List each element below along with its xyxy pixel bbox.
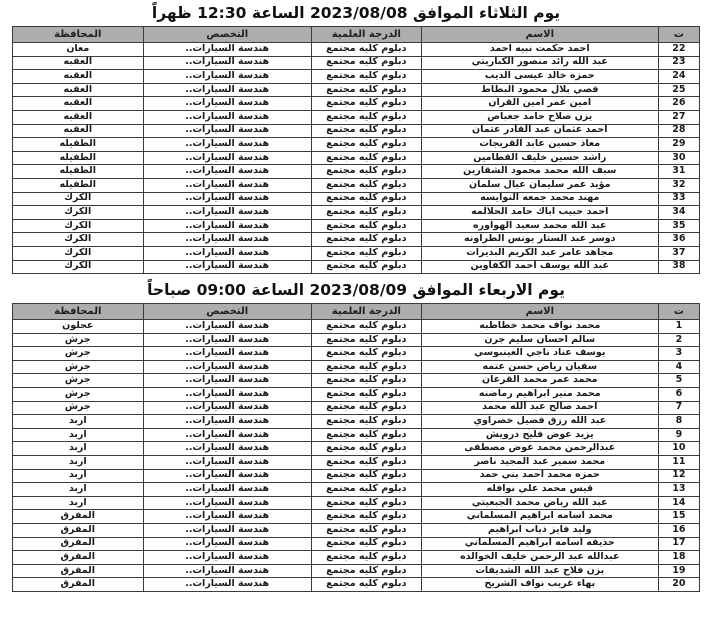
cell-degree: دبلوم كليه مجتمع [311, 510, 421, 524]
cell-degree: دبلوم كليه مجتمع [311, 388, 421, 402]
column-header: الدرجة العلمية [311, 27, 421, 43]
cell-major: هندسة السيارات.. [143, 442, 311, 456]
column-header: التخصص [143, 27, 311, 43]
cell-serial: 29 [658, 138, 699, 152]
cell-governorate: الطفيله [13, 151, 144, 165]
cell-serial: 24 [658, 70, 699, 84]
cell-major: هندسة السيارات.. [143, 510, 311, 524]
table-row: 27 يزن صلاح حامد جعباص دبلوم كليه مجتمع … [13, 110, 700, 124]
cell-degree: دبلوم كليه مجتمع [311, 97, 421, 111]
cell-governorate: المفرق [13, 537, 144, 551]
cell-name: مهند محمد جمعه النوايسه [421, 192, 658, 206]
table-row: 13 قيس محمد علي نوافله دبلوم كليه مجتمع … [13, 483, 700, 497]
cell-name: محمد سمير عبد المجيد ناصر [421, 456, 658, 470]
cell-serial: 30 [658, 151, 699, 165]
cell-degree: دبلوم كليه مجتمع [311, 83, 421, 97]
cell-serial: 4 [658, 360, 699, 374]
cell-degree: دبلوم كليه مجتمع [311, 124, 421, 138]
cell-name: حمزه محمد احمد بني حمد [421, 469, 658, 483]
cell-degree: دبلوم كليه مجتمع [311, 483, 421, 497]
cell-major: هندسة السيارات.. [143, 138, 311, 152]
cell-serial: 19 [658, 564, 699, 578]
cell-major: هندسة السيارات.. [143, 456, 311, 470]
cell-degree: دبلوم كليه مجتمع [311, 43, 421, 57]
cell-serial: 36 [658, 233, 699, 247]
cell-degree: دبلوم كليه مجتمع [311, 151, 421, 165]
cell-governorate: جرش [13, 333, 144, 347]
table-row: 32 مؤيد عمر سليمان عيال سلمان دبلوم كليه… [13, 178, 700, 192]
cell-serial: 6 [658, 388, 699, 402]
table-row: 17 حذيفه اسامه ابراهيم المسلماني دبلوم ك… [13, 537, 700, 551]
cell-degree: دبلوم كليه مجتمع [311, 415, 421, 429]
table-row: 14 عبد الله رياض محمد الجبعيتي دبلوم كلي… [13, 496, 700, 510]
cell-name: محمد نواف محمد خطاطبه [421, 320, 658, 334]
cell-serial: 25 [658, 83, 699, 97]
cell-major: هندسة السيارات.. [143, 428, 311, 442]
cell-degree: دبلوم كليه مجتمع [311, 524, 421, 538]
table-body-day2: 1 محمد نواف محمد خطاطبه دبلوم كليه مجتمع… [13, 320, 700, 592]
document-page: يوم الثلاثاء الموافق 2023/08/08 الساعة 1… [0, 0, 712, 592]
cell-major: هندسة السيارات.. [143, 219, 311, 233]
cell-degree: دبلوم كليه مجتمع [311, 537, 421, 551]
cell-governorate: المفرق [13, 551, 144, 565]
cell-name: معاذ حسين عابد القريجات [421, 138, 658, 152]
schedule-table-day2: تالاسمالدرجة العلميةالتخصصالمحافظة 1 محم… [12, 303, 700, 592]
table-row: 9 يزيد عوض فليح درويش دبلوم كليه مجتمع ه… [13, 428, 700, 442]
cell-governorate: الكرك [13, 246, 144, 260]
cell-governorate: العقبه [13, 124, 144, 138]
cell-name: احمد حبيب اباك حامد الحلالمه [421, 206, 658, 220]
cell-major: هندسة السيارات.. [143, 374, 311, 388]
cell-name: مؤيد عمر سليمان عيال سلمان [421, 178, 658, 192]
cell-serial: 18 [658, 551, 699, 565]
cell-name: قصي بلال محمود البطاط [421, 83, 658, 97]
cell-governorate: اربد [13, 456, 144, 470]
table-row: 30 راشد حسين خليف القطامين دبلوم كليه مج… [13, 151, 700, 165]
cell-name: عبد الله رزق فضيل خضراوي [421, 415, 658, 429]
cell-name: محمد عمر محمد القرعان [421, 374, 658, 388]
cell-governorate: الطفيله [13, 165, 144, 179]
cell-serial: 31 [658, 165, 699, 179]
table-row: 37 مجاهد عامر عبد الكريم البديرات دبلوم … [13, 246, 700, 260]
column-header: الاسم [421, 304, 658, 320]
cell-degree: دبلوم كليه مجتمع [311, 333, 421, 347]
cell-degree: دبلوم كليه مجتمع [311, 110, 421, 124]
cell-degree: دبلوم كليه مجتمع [311, 206, 421, 220]
table-row: 34 احمد حبيب اباك حامد الحلالمه دبلوم كل… [13, 206, 700, 220]
cell-major: هندسة السيارات.. [143, 524, 311, 538]
cell-governorate: جرش [13, 401, 144, 415]
cell-serial: 33 [658, 192, 699, 206]
table-row: 8 عبد الله رزق فضيل خضراوي دبلوم كليه مج… [13, 415, 700, 429]
cell-serial: 17 [658, 537, 699, 551]
cell-serial: 26 [658, 97, 699, 111]
cell-name: احمد حكمت نبيه احمد [421, 43, 658, 57]
cell-governorate: اربد [13, 442, 144, 456]
cell-serial: 14 [658, 496, 699, 510]
cell-serial: 22 [658, 43, 699, 57]
cell-degree: دبلوم كليه مجتمع [311, 469, 421, 483]
cell-name: امين عمر امين القران [421, 97, 658, 111]
cell-name: راشد حسين خليف القطامين [421, 151, 658, 165]
cell-degree: دبلوم كليه مجتمع [311, 219, 421, 233]
table-row: 12 حمزه محمد احمد بني حمد دبلوم كليه مجت… [13, 469, 700, 483]
cell-major: هندسة السيارات.. [143, 469, 311, 483]
cell-serial: 28 [658, 124, 699, 138]
cell-degree: دبلوم كليه مجتمع [311, 138, 421, 152]
table-row: 26 امين عمر امين القران دبلوم كليه مجتمع… [13, 97, 700, 111]
cell-degree: دبلوم كليه مجتمع [311, 578, 421, 592]
cell-serial: 3 [658, 347, 699, 361]
table-row: 15 محمد اسامه ابراهيم المسلماني دبلوم كل… [13, 510, 700, 524]
table-row: 11 محمد سمير عبد المجيد ناصر دبلوم كليه … [13, 456, 700, 470]
cell-major: هندسة السيارات.. [143, 578, 311, 592]
cell-degree: دبلوم كليه مجتمع [311, 178, 421, 192]
cell-governorate: اربد [13, 428, 144, 442]
cell-governorate: عجلون [13, 320, 144, 334]
cell-serial: 11 [658, 456, 699, 470]
cell-name: محمد اسامه ابراهيم المسلماني [421, 510, 658, 524]
cell-serial: 5 [658, 374, 699, 388]
cell-name: احمد صالح عبد الله محمد [421, 401, 658, 415]
cell-major: هندسة السيارات.. [143, 56, 311, 70]
cell-major: هندسة السيارات.. [143, 537, 311, 551]
cell-major: هندسة السيارات.. [143, 333, 311, 347]
cell-degree: دبلوم كليه مجتمع [311, 442, 421, 456]
cell-serial: 27 [658, 110, 699, 124]
column-header: الدرجة العلمية [311, 304, 421, 320]
cell-serial: 35 [658, 219, 699, 233]
cell-serial: 8 [658, 415, 699, 429]
cell-major: هندسة السيارات.. [143, 496, 311, 510]
table-row: 25 قصي بلال محمود البطاط دبلوم كليه مجتم… [13, 83, 700, 97]
table-row: 24 حمزه خالد عيسى الديب دبلوم كليه مجتمع… [13, 70, 700, 84]
cell-serial: 13 [658, 483, 699, 497]
cell-governorate: الكرك [13, 233, 144, 247]
header-row: تالاسمالدرجة العلميةالتخصصالمحافظة [13, 304, 700, 320]
schedule-table-day1: تالاسمالدرجة العلميةالتخصصالمحافظة 22 اح… [12, 26, 700, 274]
cell-major: هندسة السيارات.. [143, 192, 311, 206]
cell-major: هندسة السيارات.. [143, 165, 311, 179]
cell-degree: دبلوم كليه مجتمع [311, 551, 421, 565]
column-header: المحافظة [13, 304, 144, 320]
table-row: 10 عبدالرحمن محمد عوض مصطفى دبلوم كليه م… [13, 442, 700, 456]
cell-major: هندسة السيارات.. [143, 415, 311, 429]
table-row: 23 عبد الله رائد منصور الكباريتي دبلوم ك… [13, 56, 700, 70]
cell-degree: دبلوم كليه مجتمع [311, 401, 421, 415]
cell-governorate: المفرق [13, 564, 144, 578]
column-header: الاسم [421, 27, 658, 43]
cell-name: عبد الله رائد منصور الكباريتي [421, 56, 658, 70]
cell-name: عبد الله محمد سعيد الهواوره [421, 219, 658, 233]
cell-name: حمزه خالد عيسى الديب [421, 70, 658, 84]
cell-governorate: اربد [13, 415, 144, 429]
cell-serial: 10 [658, 442, 699, 456]
cell-governorate: اربد [13, 496, 144, 510]
cell-degree: دبلوم كليه مجتمع [311, 233, 421, 247]
cell-name: عبد الله رياض محمد الجبعيتي [421, 496, 658, 510]
cell-governorate: العقبه [13, 97, 144, 111]
cell-name: عبدالرحمن محمد عوض مصطفى [421, 442, 658, 456]
cell-governorate: معان [13, 43, 144, 57]
cell-major: هندسة السيارات.. [143, 43, 311, 57]
table-row: 6 محمد منير ابراهيم رماضنه دبلوم كليه مج… [13, 388, 700, 402]
cell-governorate: الكرك [13, 192, 144, 206]
cell-governorate: المفرق [13, 510, 144, 524]
cell-governorate: العقبه [13, 70, 144, 84]
cell-governorate: العقبه [13, 83, 144, 97]
cell-degree: دبلوم كليه مجتمع [311, 496, 421, 510]
cell-serial: 23 [658, 56, 699, 70]
cell-name: عبدالله عبد الرحمن خليف الخوالده [421, 551, 658, 565]
cell-major: هندسة السيارات.. [143, 320, 311, 334]
cell-degree: دبلوم كليه مجتمع [311, 564, 421, 578]
cell-serial: 20 [658, 578, 699, 592]
cell-governorate: اربد [13, 469, 144, 483]
cell-major: هندسة السيارات.. [143, 360, 311, 374]
cell-serial: 7 [658, 401, 699, 415]
cell-major: هندسة السيارات.. [143, 124, 311, 138]
cell-major: هندسة السيارات.. [143, 483, 311, 497]
cell-name: مجاهد عامر عبد الكريم البديرات [421, 246, 658, 260]
cell-major: هندسة السيارات.. [143, 70, 311, 84]
cell-major: هندسة السيارات.. [143, 110, 311, 124]
cell-name: بهاء غريب نواف الشريح [421, 578, 658, 592]
column-header: ت [658, 304, 699, 320]
cell-degree: دبلوم كليه مجتمع [311, 456, 421, 470]
column-header: التخصص [143, 304, 311, 320]
cell-name: يزيد عوض فليح درويش [421, 428, 658, 442]
cell-name: احمد عثمان عبد القادر عثمان [421, 124, 658, 138]
cell-governorate: العقبه [13, 56, 144, 70]
cell-name: وليد فايز ذياب ابراهيم [421, 524, 658, 538]
cell-name: قيس محمد علي نوافله [421, 483, 658, 497]
cell-serial: 2 [658, 333, 699, 347]
cell-governorate: المفرق [13, 524, 144, 538]
table-row: 3 يوسف عناد ناجي العينبوسي دبلوم كليه مج… [13, 347, 700, 361]
cell-governorate: جرش [13, 347, 144, 361]
cell-major: هندسة السيارات.. [143, 83, 311, 97]
cell-major: هندسة السيارات.. [143, 97, 311, 111]
table-row: 31 سيف الله محمد محمود الشقارين دبلوم كل… [13, 165, 700, 179]
cell-serial: 38 [658, 260, 699, 274]
cell-major: هندسة السيارات.. [143, 551, 311, 565]
cell-major: هندسة السيارات.. [143, 206, 311, 220]
cell-governorate: جرش [13, 360, 144, 374]
cell-major: هندسة السيارات.. [143, 401, 311, 415]
cell-name: يزن صلاح حامد جعباص [421, 110, 658, 124]
cell-serial: 15 [658, 510, 699, 524]
cell-major: هندسة السيارات.. [143, 564, 311, 578]
table-row: 36 دوسر عبد الستار يونس الطراونه دبلوم ك… [13, 233, 700, 247]
cell-governorate: العقبه [13, 110, 144, 124]
cell-serial: 1 [658, 320, 699, 334]
cell-major: هندسة السيارات.. [143, 347, 311, 361]
header-row: تالاسمالدرجة العلميةالتخصصالمحافظة [13, 27, 700, 43]
cell-degree: دبلوم كليه مجتمع [311, 260, 421, 274]
cell-serial: 34 [658, 206, 699, 220]
cell-major: هندسة السيارات.. [143, 388, 311, 402]
cell-degree: دبلوم كليه مجتمع [311, 360, 421, 374]
cell-governorate: الكرك [13, 260, 144, 274]
cell-serial: 32 [658, 178, 699, 192]
cell-degree: دبلوم كليه مجتمع [311, 320, 421, 334]
table-row: 18 عبدالله عبد الرحمن خليف الخوالده دبلو… [13, 551, 700, 565]
cell-degree: دبلوم كليه مجتمع [311, 165, 421, 179]
cell-governorate: جرش [13, 374, 144, 388]
table-body-day1: 22 احمد حكمت نبيه احمد دبلوم كليه مجتمع … [13, 43, 700, 274]
cell-name: سالم احسان سليم جرن [421, 333, 658, 347]
column-header: المحافظة [13, 27, 144, 43]
table-row: 38 عبد الله يوسف احمد الكفاوين دبلوم كلي… [13, 260, 700, 274]
column-header: ت [658, 27, 699, 43]
cell-governorate: الكرك [13, 219, 144, 233]
cell-name: يوسف عناد ناجي العينبوسي [421, 347, 658, 361]
cell-governorate: الطفيله [13, 178, 144, 192]
table-row: 29 معاذ حسين عابد القريجات دبلوم كليه مج… [13, 138, 700, 152]
cell-serial: 16 [658, 524, 699, 538]
table-row: 16 وليد فايز ذياب ابراهيم دبلوم كليه مجت… [13, 524, 700, 538]
cell-name: عبد الله يوسف احمد الكفاوين [421, 260, 658, 274]
table-row: 19 يزن فلاح عبد الله الشديفات دبلوم كليه… [13, 564, 700, 578]
cell-degree: دبلوم كليه مجتمع [311, 428, 421, 442]
cell-serial: 37 [658, 246, 699, 260]
table-row: 33 مهند محمد جمعه النوايسه دبلوم كليه مج… [13, 192, 700, 206]
cell-degree: دبلوم كليه مجتمع [311, 56, 421, 70]
table-row: 22 احمد حكمت نبيه احمد دبلوم كليه مجتمع … [13, 43, 700, 57]
table-row: 20 بهاء غريب نواف الشريح دبلوم كليه مجتم… [13, 578, 700, 592]
cell-governorate: اربد [13, 483, 144, 497]
cell-name: سفيان رياض حسن عتمه [421, 360, 658, 374]
table-row: 7 احمد صالح عبد الله محمد دبلوم كليه مجت… [13, 401, 700, 415]
table-row: 4 سفيان رياض حسن عتمه دبلوم كليه مجتمع ه… [13, 360, 700, 374]
cell-degree: دبلوم كليه مجتمع [311, 192, 421, 206]
table-row: 28 احمد عثمان عبد القادر عثمان دبلوم كلي… [13, 124, 700, 138]
table-row: 1 محمد نواف محمد خطاطبه دبلوم كليه مجتمع… [13, 320, 700, 334]
cell-degree: دبلوم كليه مجتمع [311, 347, 421, 361]
table-row: 35 عبد الله محمد سعيد الهواوره دبلوم كلي… [13, 219, 700, 233]
cell-governorate: الكرك [13, 206, 144, 220]
table-row: 5 محمد عمر محمد القرعان دبلوم كليه مجتمع… [13, 374, 700, 388]
cell-name: سيف الله محمد محمود الشقارين [421, 165, 658, 179]
cell-name: محمد منير ابراهيم رماضنه [421, 388, 658, 402]
cell-name: دوسر عبد الستار يونس الطراونه [421, 233, 658, 247]
cell-degree: دبلوم كليه مجتمع [311, 70, 421, 84]
cell-degree: دبلوم كليه مجتمع [311, 246, 421, 260]
cell-serial: 12 [658, 469, 699, 483]
cell-governorate: جرش [13, 388, 144, 402]
table-row: 2 سالم احسان سليم جرن دبلوم كليه مجتمع ه… [13, 333, 700, 347]
day2-title: يوم الاربعاء الموافق 2023/08/09 الساعة 0… [12, 281, 700, 299]
cell-degree: دبلوم كليه مجتمع [311, 374, 421, 388]
cell-major: هندسة السيارات.. [143, 178, 311, 192]
cell-name: يزن فلاح عبد الله الشديفات [421, 564, 658, 578]
cell-major: هندسة السيارات.. [143, 260, 311, 274]
cell-major: هندسة السيارات.. [143, 246, 311, 260]
cell-name: حذيفه اسامه ابراهيم المسلماني [421, 537, 658, 551]
cell-serial: 9 [658, 428, 699, 442]
cell-major: هندسة السيارات.. [143, 233, 311, 247]
day1-title: يوم الثلاثاء الموافق 2023/08/08 الساعة 1… [12, 4, 700, 22]
cell-major: هندسة السيارات.. [143, 151, 311, 165]
cell-governorate: الطفيله [13, 138, 144, 152]
cell-governorate: المفرق [13, 578, 144, 592]
